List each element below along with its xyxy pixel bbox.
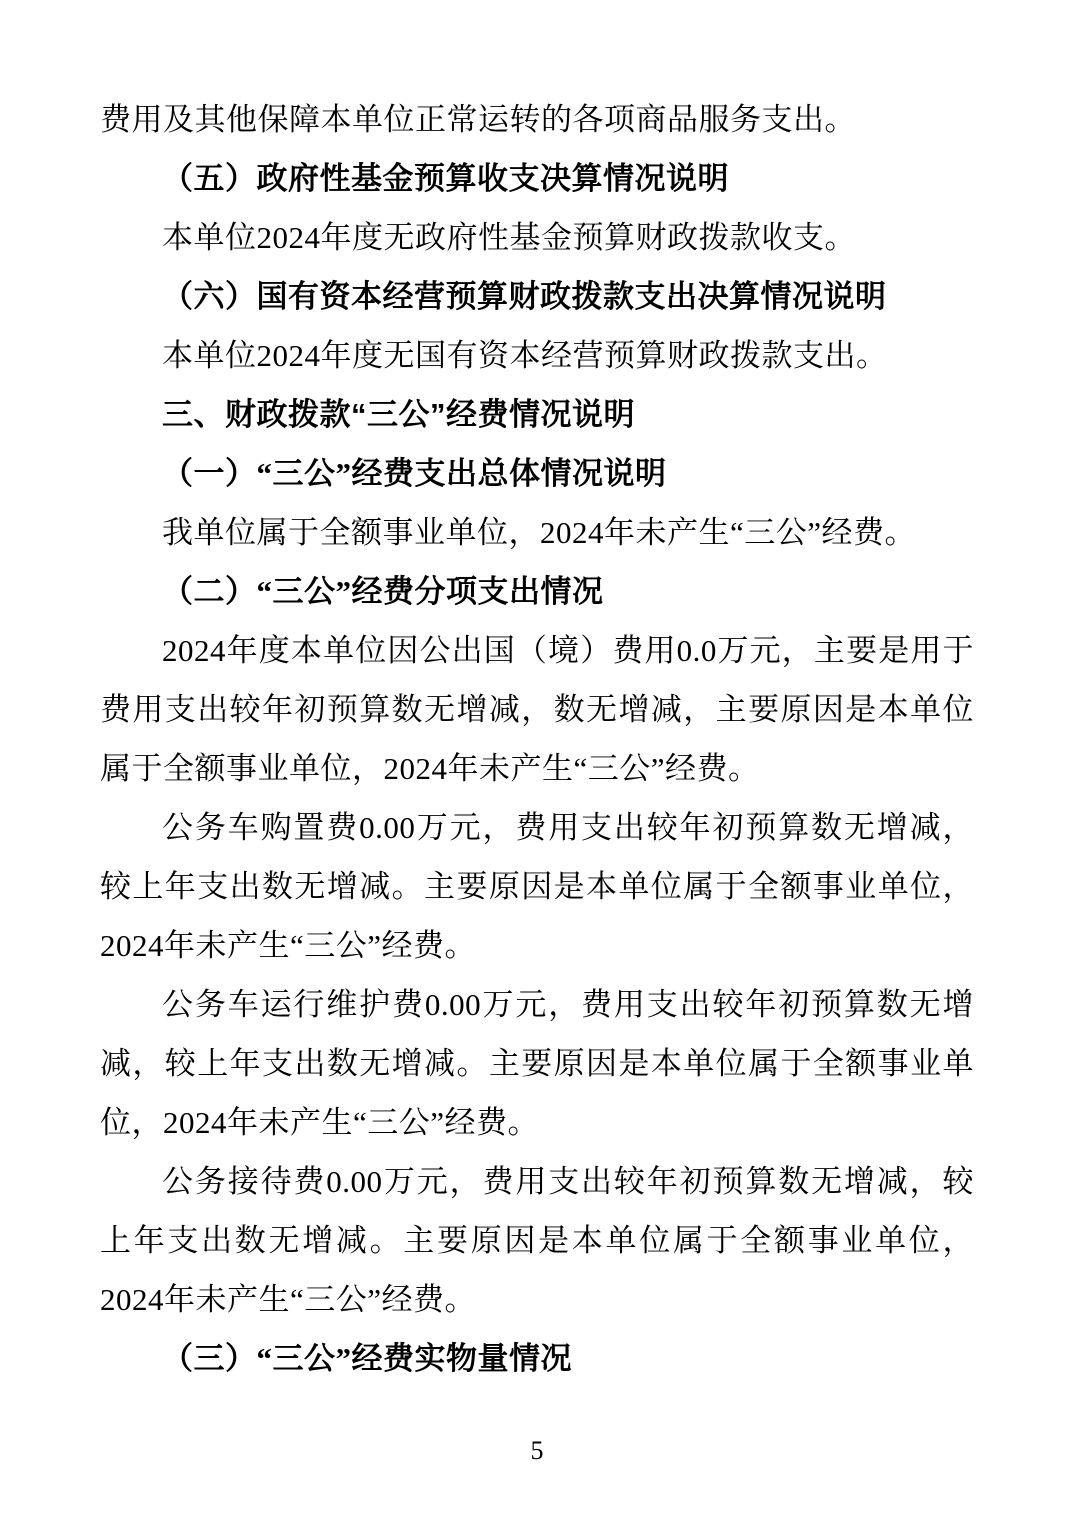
paragraph-overseas-travel-expense: 2024年度本单位因公出国（境）费用0.0万元，主要是用于费用支出较年初预算数无… [100, 621, 974, 798]
paragraph-no-gov-fund-budget: 本单位2024年度无政府性基金预算财政拨款收支。 [100, 208, 974, 267]
paragraph-continuation-goods-services: 费用及其他保障本单位正常运转的各项商品服务支出。 [100, 90, 974, 149]
heading-sub-3-physical-quantity: （三）“三公”经费实物量情况 [100, 1329, 974, 1388]
heading-section-5-gov-fund-budget: （五）政府性基金预算收支决算情况说明 [100, 149, 974, 208]
heading-section-6-state-capital-budget: （六）国有资本经营预算财政拨款支出决算情况说明 [100, 267, 974, 326]
document-content: 费用及其他保障本单位正常运转的各项商品服务支出。 （五）政府性基金预算收支决算情… [100, 90, 974, 1388]
paragraph-overall-no-expenses: 我单位属于全额事业单位，2024年未产生“三公”经费。 [100, 503, 974, 562]
heading-sub-2-itemized-expenses: （二）“三公”经费分项支出情况 [100, 562, 974, 621]
heading-part-3-three-public-expenses: 三、财政拨款“三公”经费情况说明 [100, 385, 974, 444]
paragraph-vehicle-purchase-expense: 公务车购置费0.00万元，费用支出较年初预算数无增减，较上年支出数无增减。主要原… [100, 798, 974, 975]
page-number: 5 [531, 1436, 544, 1465]
document-page: 费用及其他保障本单位正常运转的各项商品服务支出。 （五）政府性基金预算收支决算情… [0, 0, 1074, 1520]
paragraph-official-reception-expense: 公务接待费0.00万元，费用支出较年初预算数无增减，较上年支出数无增减。主要原因… [100, 1152, 974, 1329]
paragraph-no-state-capital-budget: 本单位2024年度无国有资本经营预算财政拨款支出。 [100, 326, 974, 385]
page-footer: 5 [0, 1436, 1074, 1466]
heading-sub-1-overall-situation: （一）“三公”经费支出总体情况说明 [100, 444, 974, 503]
paragraph-vehicle-maintenance-expense: 公务车运行维护费0.00万元，费用支出较年初预算数无增减，较上年支出数无增减。主… [100, 975, 974, 1152]
